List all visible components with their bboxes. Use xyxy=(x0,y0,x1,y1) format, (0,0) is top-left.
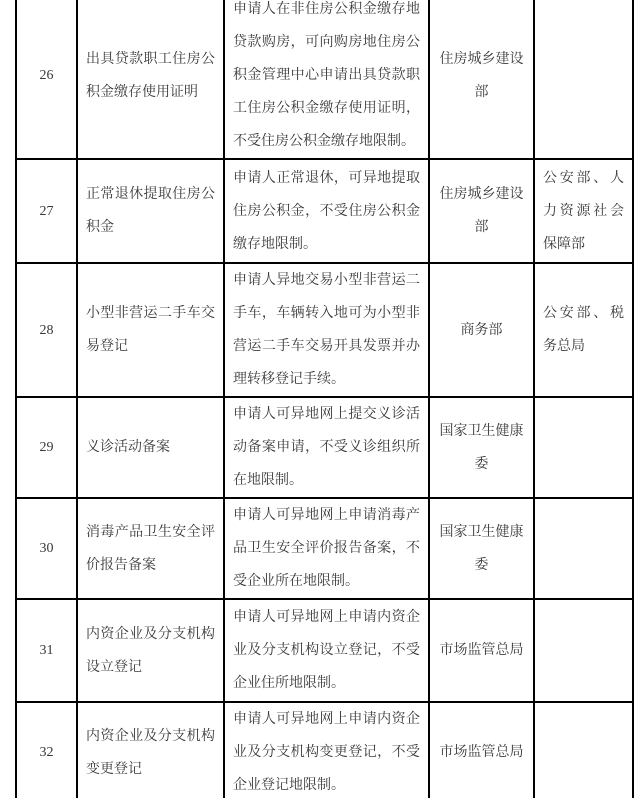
cell-handling-description: 申请人正常退休，可异地提取住房公积金，不受住房公积金缴存地限制。 xyxy=(224,159,429,263)
cell-lead-department: 国家卫生健康委 xyxy=(429,397,534,498)
cell-cooperating-department xyxy=(534,498,633,599)
cell-item-name: 出具贷款职工住房公积金缴存使用证明 xyxy=(77,0,224,159)
cell-cooperating-department xyxy=(534,702,633,798)
cell-row-number: 31 xyxy=(16,599,77,702)
cell-handling-description: 申请人可异地网上申请内资企业及分支机构设立登记，不受企业住所地限制。 xyxy=(224,599,429,702)
cell-lead-department: 住房城乡建设部 xyxy=(429,159,534,263)
cell-cooperating-department: 公安部、人力资源社会保障部 xyxy=(534,159,633,263)
cell-item-name: 义诊活动备案 xyxy=(77,397,224,498)
cell-lead-department: 市场监管总局 xyxy=(429,599,534,702)
cell-cooperating-department xyxy=(534,599,633,702)
table-row: 30 消毒产品卫生安全评价报告备案 申请人可异地网上申请消毒产品卫生安全评价报告… xyxy=(16,498,633,599)
cell-row-number: 29 xyxy=(16,397,77,498)
cell-handling-description: 申请人可异地网上提交义诊活动备案申请，不受义诊组织所在地限制。 xyxy=(224,397,429,498)
table-row: 27 正常退休提取住房公积金 申请人正常退休，可异地提取住房公积金，不受住房公积… xyxy=(16,159,633,263)
cell-item-name: 内资企业及分支机构变更登记 xyxy=(77,702,224,798)
services-table: 26 出具贷款职工住房公积金缴存使用证明 申请人在非住房公积金缴存地贷款购房，可… xyxy=(15,0,634,798)
cell-row-number: 26 xyxy=(16,0,77,159)
table-body: 26 出具贷款职工住房公积金缴存使用证明 申请人在非住房公积金缴存地贷款购房，可… xyxy=(16,0,633,798)
cell-cooperating-department xyxy=(534,0,633,159)
table-row: 26 出具贷款职工住房公积金缴存使用证明 申请人在非住房公积金缴存地贷款购房，可… xyxy=(16,0,633,159)
table-row: 29 义诊活动备案 申请人可异地网上提交义诊活动备案申请，不受义诊组织所在地限制… xyxy=(16,397,633,498)
cell-cooperating-department: 公安部、税务总局 xyxy=(534,263,633,397)
document-page: 26 出具贷款职工住房公积金缴存使用证明 申请人在非住房公积金缴存地贷款购房，可… xyxy=(0,0,634,798)
cell-item-name: 内资企业及分支机构设立登记 xyxy=(77,599,224,702)
cell-item-name: 消毒产品卫生安全评价报告备案 xyxy=(77,498,224,599)
cell-lead-department: 国家卫生健康委 xyxy=(429,498,534,599)
cell-row-number: 30 xyxy=(16,498,77,599)
cell-handling-description: 申请人可异地网上申请消毒产品卫生安全评价报告备案，不受企业所在地限制。 xyxy=(224,498,429,599)
cell-item-name: 小型非营运二手车交易登记 xyxy=(77,263,224,397)
cell-handling-description: 申请人异地交易小型非营运二手车，车辆转入地可为小型非营运二手车交易开具发票并办理… xyxy=(224,263,429,397)
cell-item-name: 正常退休提取住房公积金 xyxy=(77,159,224,263)
cell-handling-description: 申请人可异地网上申请内资企业及分支机构变更登记，不受企业登记地限制。 xyxy=(224,702,429,798)
table-row: 31 内资企业及分支机构设立登记 申请人可异地网上申请内资企业及分支机构设立登记… xyxy=(16,599,633,702)
cell-cooperating-department xyxy=(534,397,633,498)
cell-lead-department: 住房城乡建设部 xyxy=(429,0,534,159)
cell-handling-description: 申请人在非住房公积金缴存地贷款购房，可向购房地住房公积金管理中心申请出具贷款职工… xyxy=(224,0,429,159)
table-row: 32 内资企业及分支机构变更登记 申请人可异地网上申请内资企业及分支机构变更登记… xyxy=(16,702,633,798)
table-row: 28 小型非营运二手车交易登记 申请人异地交易小型非营运二手车，车辆转入地可为小… xyxy=(16,263,633,397)
cell-row-number: 32 xyxy=(16,702,77,798)
cell-row-number: 27 xyxy=(16,159,77,263)
cell-lead-department: 商务部 xyxy=(429,263,534,397)
cell-lead-department: 市场监管总局 xyxy=(429,702,534,798)
cell-row-number: 28 xyxy=(16,263,77,397)
